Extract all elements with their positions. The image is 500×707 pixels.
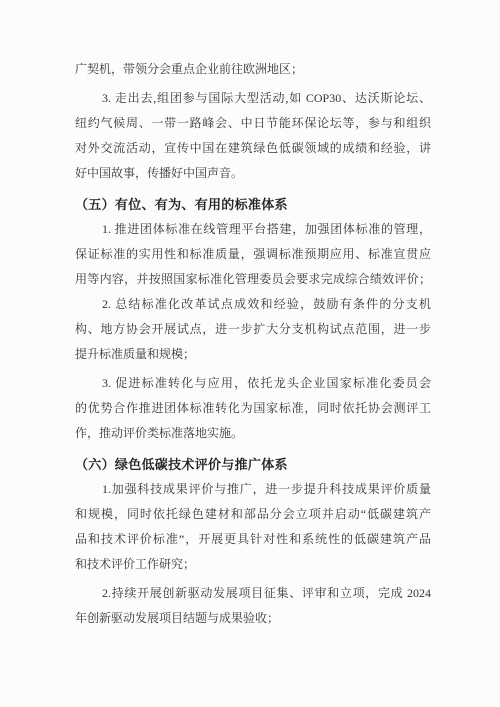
document-page: 广契机，带领分会重点企业前往欧洲地区； 3. 走出去,组团参与国际大型活动,如 … xyxy=(0,0,500,707)
text-line: 构、地方协会开展试点，进一步扩大分支机构试点范围，进一步 xyxy=(75,317,431,342)
text-line: 3. 走出去,组团参与国际大型活动,如 COP30、达沃斯论坛、 xyxy=(75,86,431,111)
text-line: 1.加强科技成果评价与推广，进一步提升科技成果评价质量 xyxy=(75,477,431,502)
text-line: 和技术评价工作研究； xyxy=(75,552,431,577)
document-content: 广契机，带领分会重点企业前往欧洲地区； 3. 走出去,组团参与国际大型活动,如 … xyxy=(75,57,431,631)
text-line: 纽约气候周、一带一路峰会、中日节能环保论坛等，参与和组织 xyxy=(75,111,431,136)
text-line: 广契机，带领分会重点企业前往欧洲地区； xyxy=(75,57,431,82)
text-line: 年创新驱动发展项目结题与成果验收； xyxy=(75,606,431,631)
section-heading: （五）有位、有为、有用的标准体系 xyxy=(75,192,431,217)
section-heading: （六）绿色低碳技术评价与推广体系 xyxy=(75,452,431,477)
text-line: 3. 促进标准转化与应用，依托龙头企业国家标准化委员会 xyxy=(75,371,431,396)
text-line: 提升标准质量和规模； xyxy=(75,342,431,367)
text-line: 和规模，同时依托绿色建材和部品分会立项并启动“低碳建筑产 xyxy=(75,502,431,527)
text-line: 作，推动评价类标准落地实施。 xyxy=(75,421,431,446)
text-line: 用等内容，并按照国家标准化管理委员会要求完成综合绩效评价； xyxy=(75,267,431,292)
text-line: 2.持续开展创新驱动发展项目征集、评审和立项，完成 2024 xyxy=(75,581,431,606)
text-line: 的优势合作推进团体标准转化为国家标准，同时依托协会测评工 xyxy=(75,396,431,421)
text-line: 保证标准的实用性和标准质量，强调标准预期应用、标准宣贯应 xyxy=(75,242,431,267)
text-line: 好中国故事，传播好中国声音。 xyxy=(75,161,431,186)
text-line: 1. 推进团体标准在线管理平台搭建，加强团体标准的管理， xyxy=(75,217,431,242)
text-line: 品和技术评价标准”，开展更具针对性和系统性的低碳建筑产品 xyxy=(75,527,431,552)
text-line: 2. 总结标准化改革试点成效和经验，鼓励有条件的分支机 xyxy=(75,292,431,317)
text-line: 对外交流活动，宣传中国在建筑绿色低碳领域的成绩和经验，讲 xyxy=(75,136,431,161)
